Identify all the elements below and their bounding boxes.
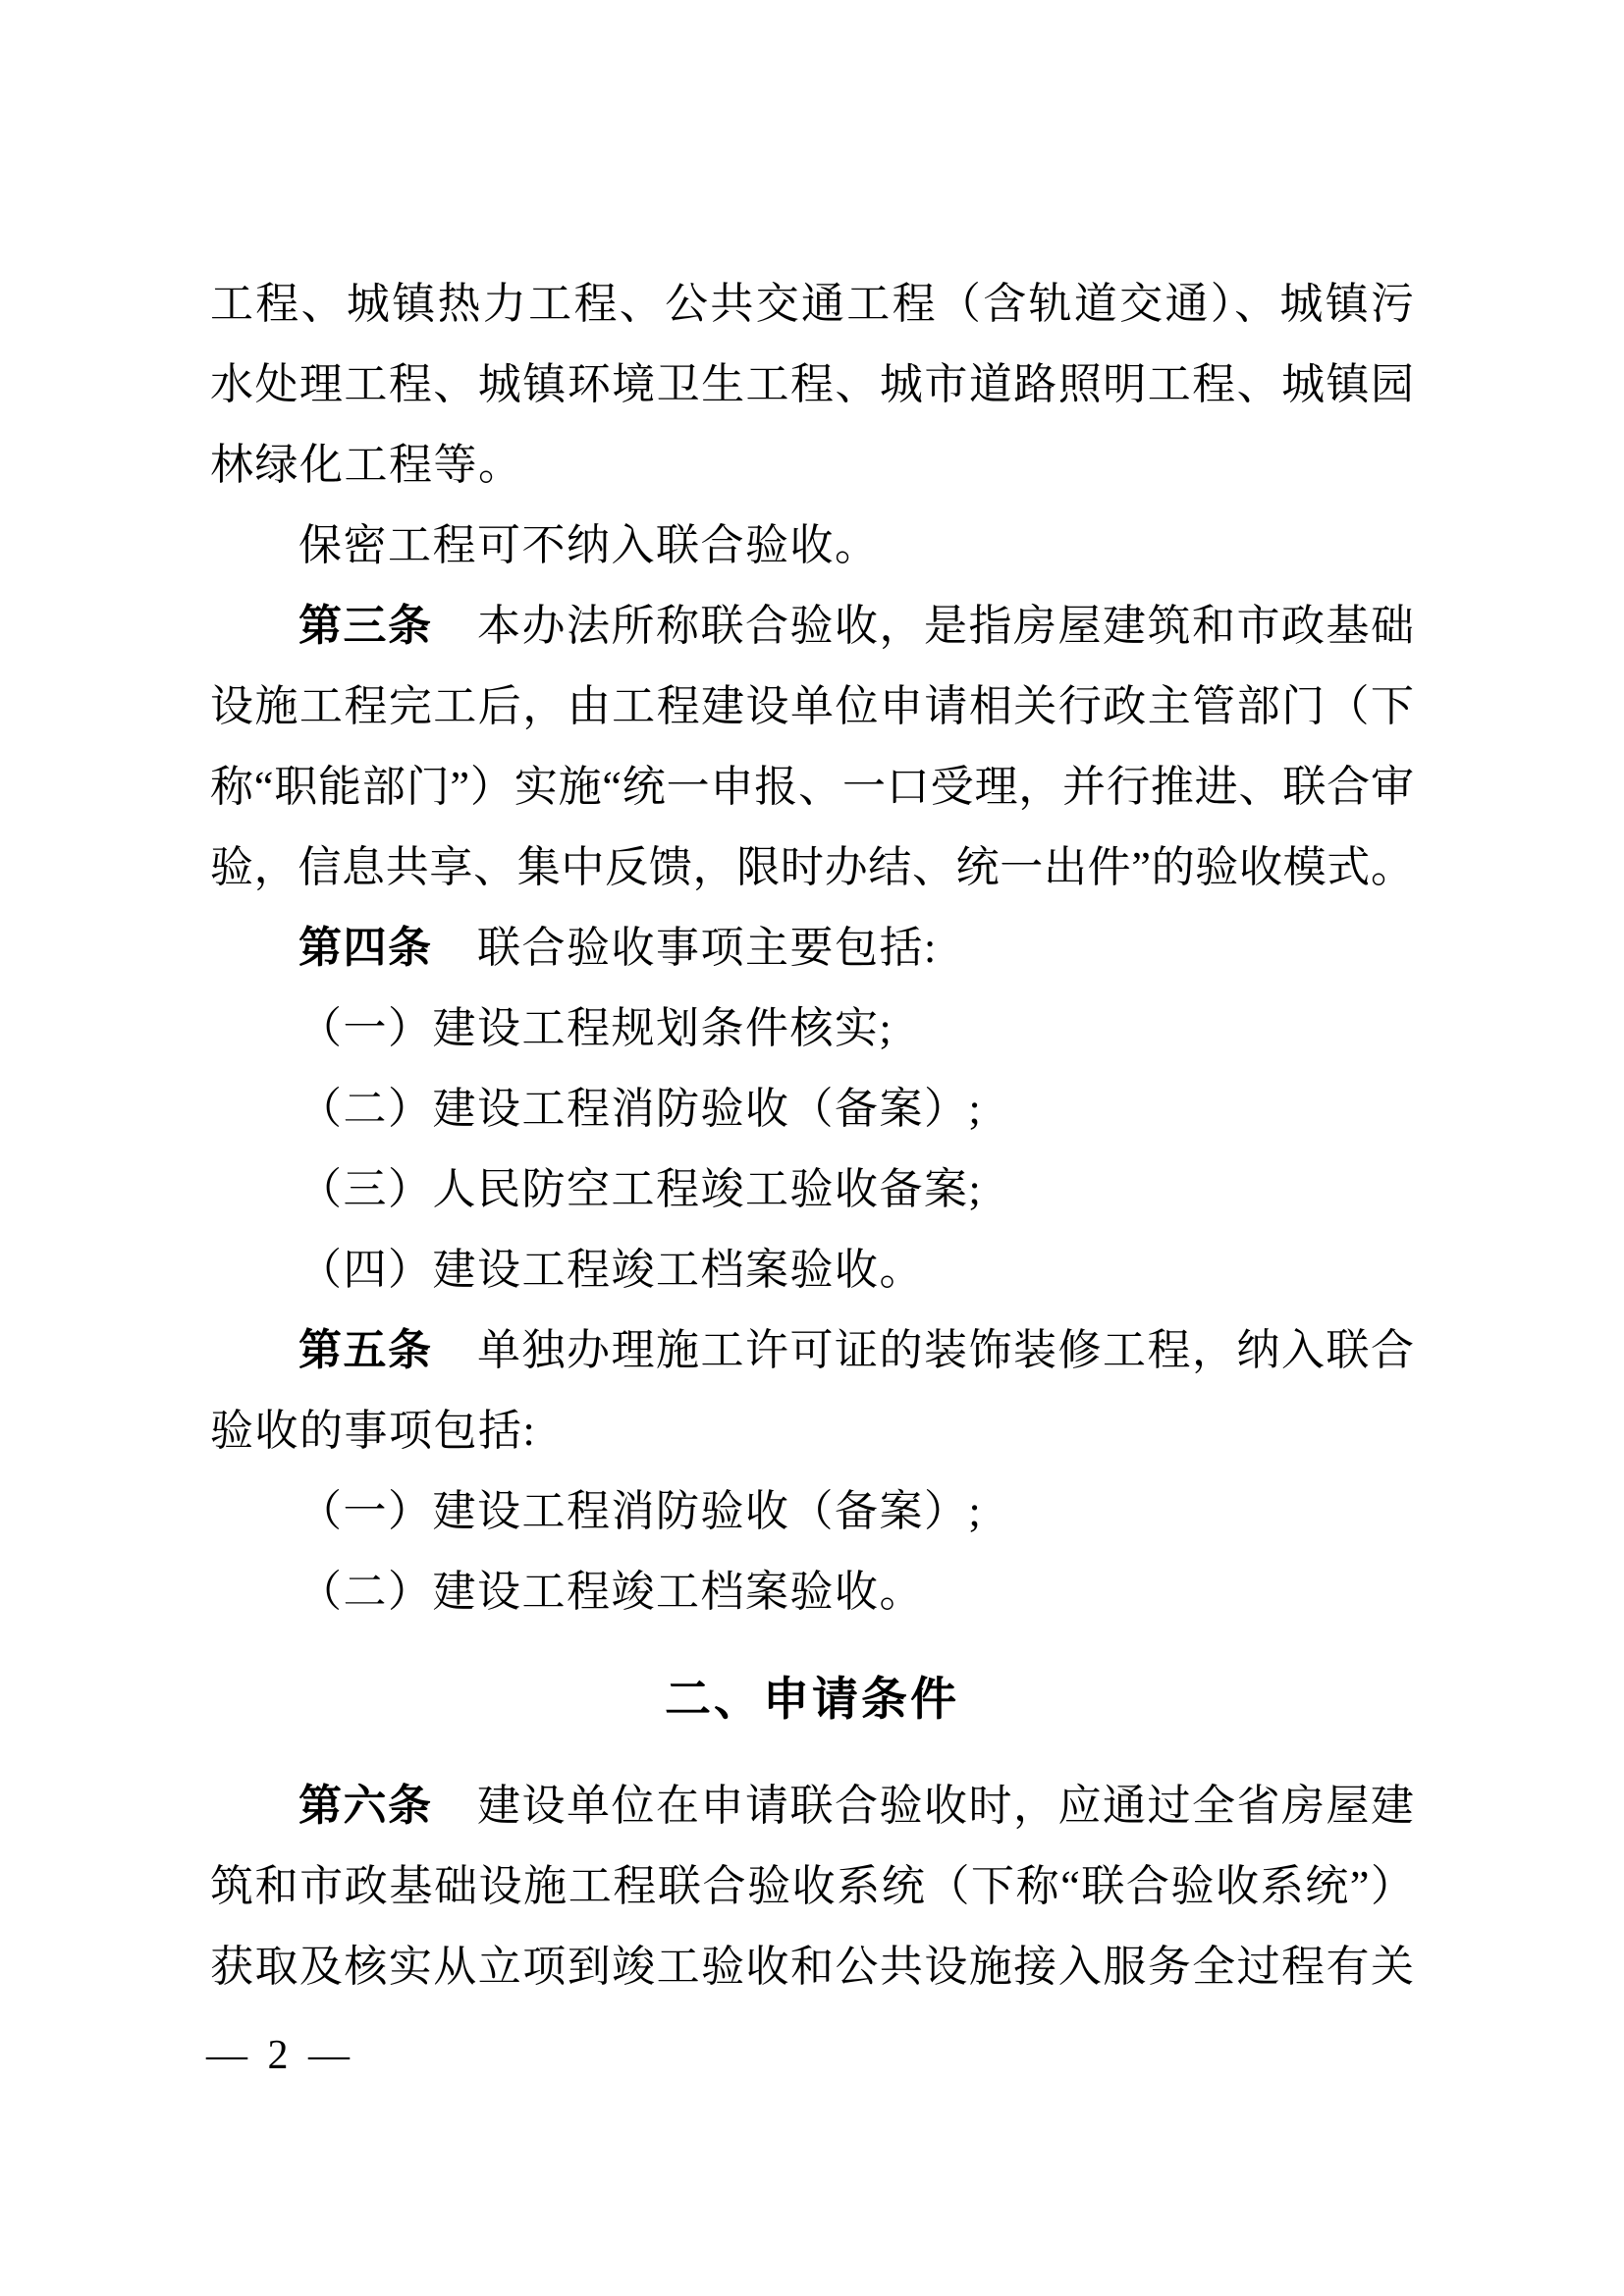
bold-text-segment: 第三条 — [298, 602, 433, 650]
document-body: 工程、城镇热力工程、公共交通工程（含轨道交通）、城镇污水处理工程、城镇环境卫生工… — [210, 264, 1414, 2007]
text-segment: （三）人民防空工程竣工验收备案; — [298, 1165, 982, 1213]
line-1: 工程、城镇热力工程、公共交通工程（含轨道交通）、城镇污 — [210, 264, 1414, 345]
line-17: （二）建设工程竣工档案验收。 — [210, 1552, 1414, 1632]
line-12: （三）人民防空工程竣工验收备案; — [210, 1149, 1414, 1230]
bold-text-segment: 二、申请条件 — [665, 1673, 959, 1725]
text-segment: 林绿化工程等。 — [210, 441, 523, 489]
line-3: 林绿化工程等。 — [210, 425, 1414, 506]
text-segment: 单独办理施工许可证的装饰装修工程，纳入联合 — [433, 1326, 1415, 1374]
text-segment: 验收的事项包括: — [210, 1407, 536, 1455]
line-9: 第四条 联合验收事项主要包括: — [210, 908, 1414, 988]
line-8: 验，信息共享、集中反馈，限时办结、统一出件”的验收模式。 — [210, 828, 1414, 908]
text-segment: （二）建设工程消防验收（备案）; — [298, 1085, 982, 1133]
text-segment: 保密工程可不纳入联合验收。 — [298, 521, 880, 569]
text-segment: （一）建设工程规划条件核实; — [298, 1004, 893, 1052]
line-14: 第五条 单独办理施工许可证的装饰装修工程，纳入联合 — [210, 1310, 1414, 1391]
line-4: 保密工程可不纳入联合验收。 — [210, 506, 1414, 586]
text-segment: 本办法所称联合验收，是指房屋建筑和市政基础 — [433, 602, 1415, 650]
line-21: 获取及核实从立项到竣工验收和公共设施接入服务全过程有关 — [210, 1927, 1414, 2007]
line-20: 筑和市政基础设施工程联合验收系统（下称“联合验收系统”） — [210, 1846, 1414, 1927]
text-segment: 获取及核实从立项到竣工验收和公共设施接入服务全过程有关 — [210, 1943, 1414, 1991]
text-segment: 设施工程完工后，由工程建设单位申请相关行政主管部门（下 — [210, 682, 1414, 730]
text-segment: （四）建设工程竣工档案验收。 — [298, 1246, 924, 1294]
text-segment: 工程、城镇热力工程、公共交通工程（含轨道交通）、城镇污 — [210, 280, 1414, 328]
bold-text-segment: 第五条 — [298, 1326, 433, 1374]
line-19: 第六条 建设单位在申请联合验收时，应通过全省房屋建 — [210, 1766, 1414, 1846]
document-page: 工程、城镇热力工程、公共交通工程（含轨道交通）、城镇污水处理工程、城镇环境卫生工… — [0, 0, 1624, 2296]
text-segment: 建设单位在申请联合验收时，应通过全省房屋建 — [433, 1782, 1415, 1830]
text-segment: （一）建设工程消防验收（备案）; — [298, 1487, 982, 1535]
line-5: 第三条 本办法所称联合验收，是指房屋建筑和市政基础 — [210, 586, 1414, 667]
line-2: 水处理工程、城镇环境卫生工程、城市道路照明工程、城镇园 — [210, 345, 1414, 425]
line-16: （一）建设工程消防验收（备案）; — [210, 1471, 1414, 1552]
line-7: 称“职能部门”）实施“统一申报、一口受理，并行推进、联合审 — [210, 747, 1414, 828]
line-15: 验收的事项包括: — [210, 1391, 1414, 1471]
line-10: （一）建设工程规划条件核实; — [210, 988, 1414, 1069]
line-13: （四）建设工程竣工档案验收。 — [210, 1230, 1414, 1310]
text-segment: 筑和市政基础设施工程联合验收系统（下称“联合验收系统”） — [210, 1862, 1414, 1910]
text-segment: 联合验收事项主要包括: — [433, 924, 938, 972]
text-segment: 水处理工程、城镇环境卫生工程、城市道路照明工程、城镇园 — [210, 360, 1414, 408]
line-11: （二）建设工程消防验收（备案）; — [210, 1069, 1414, 1149]
bold-text-segment: 第四条 — [298, 924, 433, 972]
text-segment: （二）建设工程竣工档案验收。 — [298, 1568, 924, 1616]
text-segment: 验，信息共享、集中反馈，限时办结、统一出件”的验收模式。 — [210, 843, 1414, 891]
bold-text-segment: 第六条 — [298, 1782, 433, 1830]
page-number: — 2 — — [206, 2034, 354, 2077]
text-segment: 称“职能部门”）实施“统一申报、一口受理，并行推进、联合审 — [210, 763, 1414, 811]
line-6: 设施工程完工后，由工程建设单位申请相关行政主管部门（下 — [210, 667, 1414, 747]
section-heading: 二、申请条件 — [210, 1632, 1414, 1766]
